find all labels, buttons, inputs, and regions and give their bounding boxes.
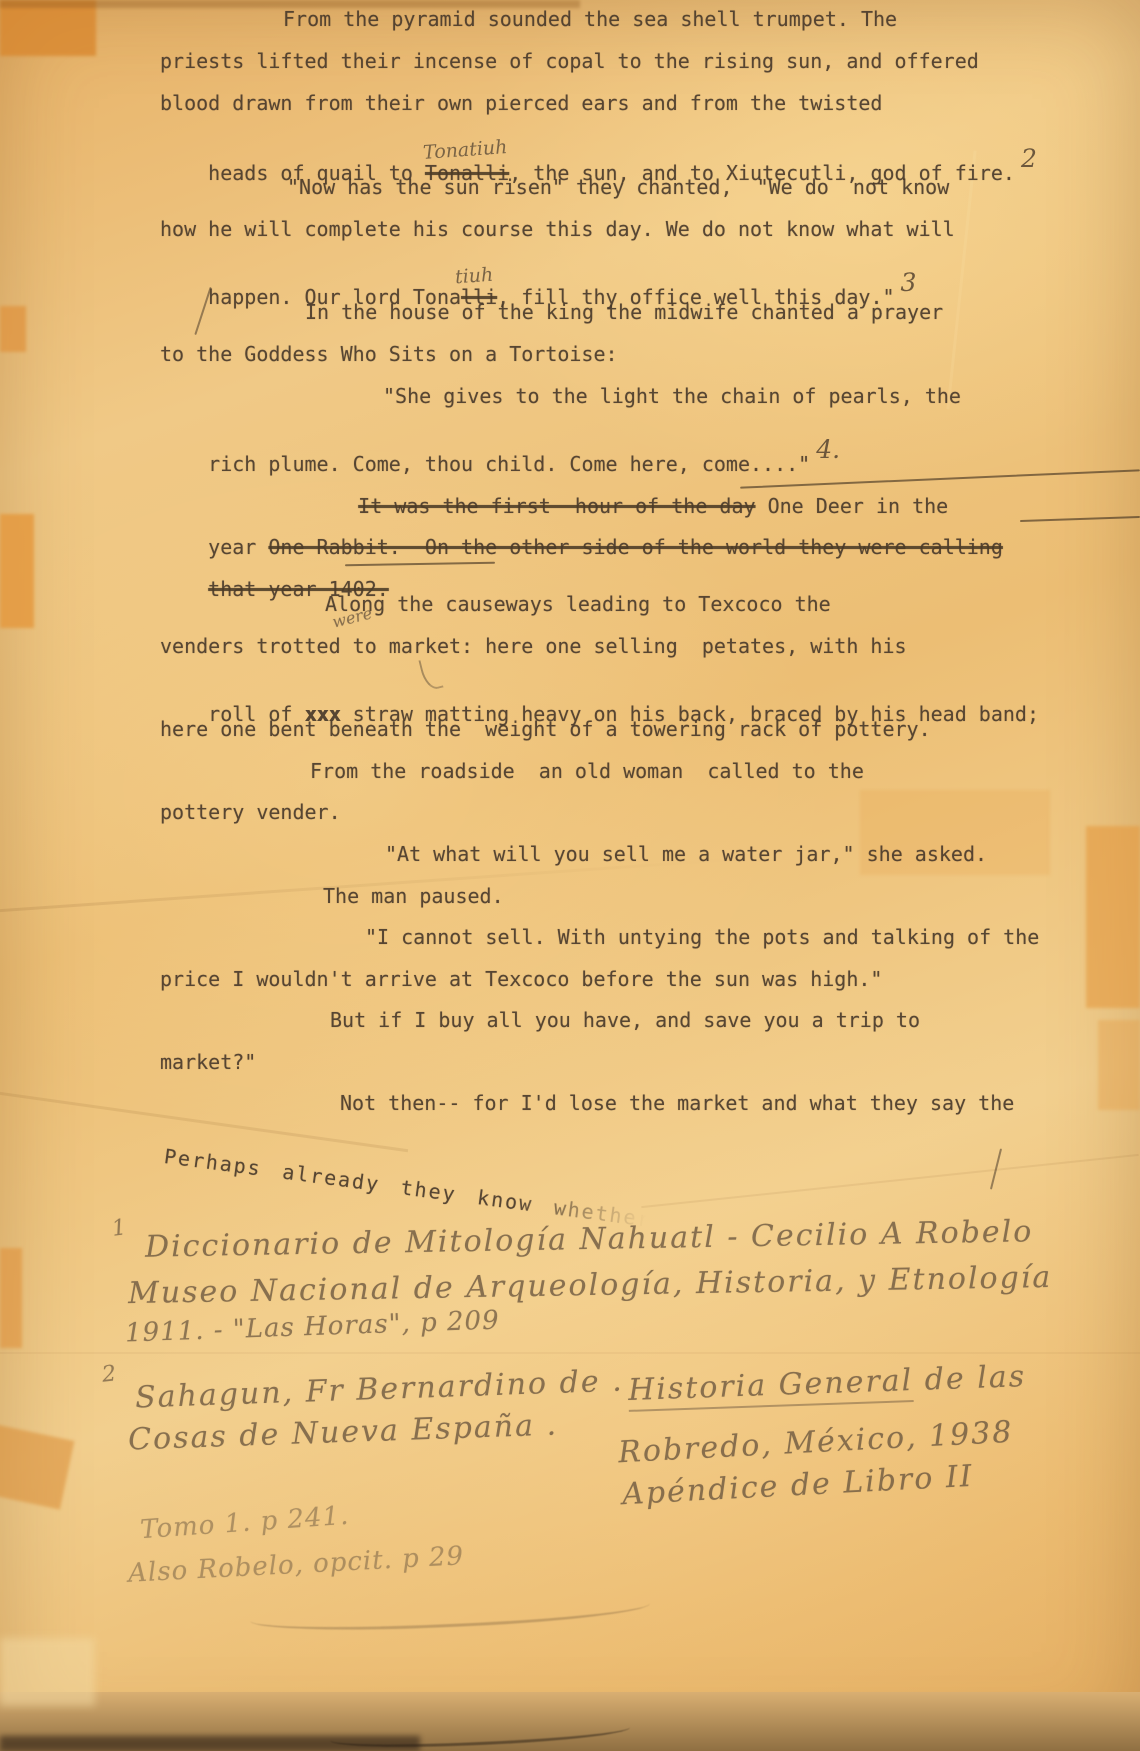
typed-line: "I cannot sell. With untying the pots an… <box>365 924 1039 950</box>
handwritten-correction: tiuh <box>454 262 494 291</box>
tape-patch <box>0 306 26 352</box>
bibliography-line: 1911. - "Las Horas", p 209 <box>125 1305 501 1348</box>
crease-line <box>641 1154 1138 1208</box>
bibliography-line: Museo Nacional de Arqueología, Historia,… <box>128 1260 1053 1311</box>
bibliography-line: Also Robelo, opcit. p 29 <box>127 1541 464 1589</box>
footnote-number: 2 <box>1015 144 1037 173</box>
footnote-marker: 2 <box>101 1361 118 1387</box>
bibliography-line: Diccionario de Mitología Nahuatl - Cecil… <box>145 1214 1034 1264</box>
tape-patch <box>1098 1020 1140 1110</box>
typed-line: From the roadside an old woman called to… <box>310 758 864 784</box>
bibliography-line: Historia General de las <box>628 1359 1027 1408</box>
tape-patch <box>0 1248 22 1348</box>
pencil-stroke <box>1020 516 1140 522</box>
typed-line: priests lifted their incense of copal to… <box>160 48 979 74</box>
faint-pencil-scribble <box>250 1587 651 1635</box>
typed-line: In the house of the king the midwife cha… <box>305 299 943 325</box>
footnote-marker: 1 <box>110 1215 127 1242</box>
typed-line: price I wouldn't arrive at Texcoco befor… <box>160 966 882 992</box>
typed-line: "Now has the sun risen" they chanted, "W… <box>287 174 949 200</box>
typed-line: to the Goddess Who Sits on a Tortoise: <box>160 341 618 367</box>
bibliography-line: Tomo 1. p 241. <box>139 1501 350 1546</box>
typed-line: here one bent beneath the weight of a to… <box>160 716 931 742</box>
manuscript-page: From the pyramid sounded the sea shell t… <box>0 0 1140 1751</box>
typed-line: The man paused. <box>323 883 504 909</box>
typed-line: Along the causeways leading to Texcoco t… <box>325 591 831 617</box>
tape-patch <box>0 0 96 56</box>
tape-patch <box>1086 826 1140 1008</box>
typed-line: But if I buy all you have, and save you … <box>330 1007 920 1033</box>
bibliography-text: de las <box>913 1359 1027 1398</box>
typed-line-with-correction: heads of quail to TonalliTonatiuh, the s… <box>160 133 1037 212</box>
typed-line: Not then-- for I'd lose the market and w… <box>340 1090 1014 1116</box>
paper-light-patch <box>0 1638 95 1706</box>
typed-line: blood drawn from their own pierced ears … <box>160 90 882 116</box>
typed-line-slanted: Perhaps already they know whether <box>163 1143 654 1233</box>
crease-line <box>0 1352 1140 1354</box>
footnote-number: 3 <box>895 268 917 297</box>
underlined-title: Historia General <box>628 1363 914 1412</box>
typed-line: pottery vender. <box>160 799 341 825</box>
tape-patch <box>0 1424 74 1509</box>
tape-patch <box>0 514 34 628</box>
typed-line: "She gives to the light the chain of pea… <box>383 383 961 409</box>
typed-line: "At what will you sell me a water jar," … <box>385 841 987 867</box>
typed-line: venders trotted to market: here one sell… <box>160 633 907 659</box>
footnote-number: 4. <box>810 435 840 464</box>
bibliography-line: Cosas de Nueva España . <box>128 1408 559 1458</box>
typed-line: From the pyramid sounded the sea shell t… <box>283 6 897 32</box>
typed-line: how he will complete his course this day… <box>160 216 955 242</box>
typed-line: market?" <box>160 1049 256 1075</box>
